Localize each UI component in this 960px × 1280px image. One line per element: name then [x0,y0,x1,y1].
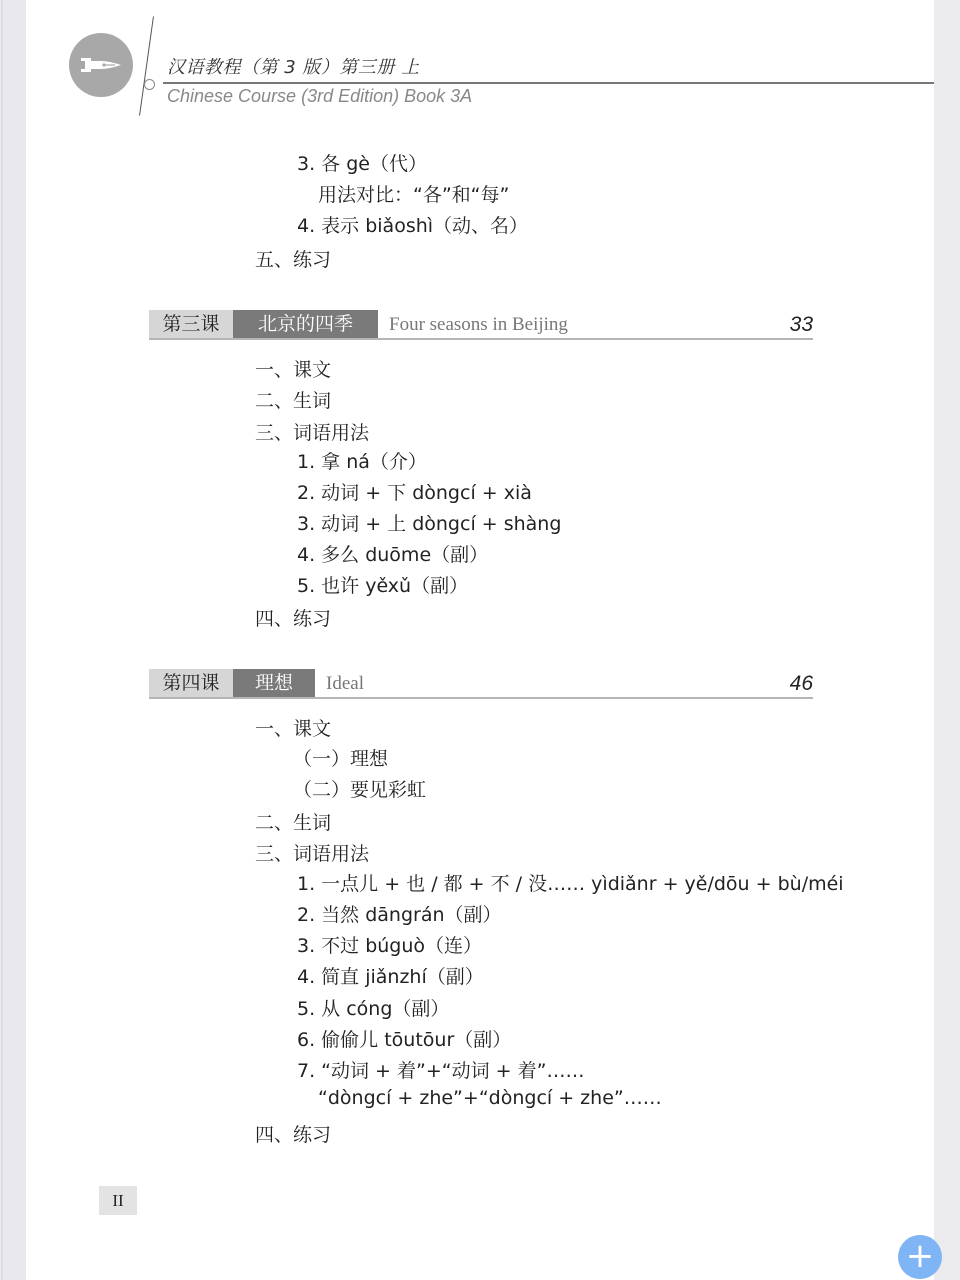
toc-entry[interactable]: 三、词语用法 [255,418,369,445]
lesson-title-chinese: 北京的四季 [233,310,378,338]
lesson-4-header[interactable]: 第四课 理想 Ideal 46 [149,669,813,699]
toc-entry[interactable]: 三、词语用法 [255,839,369,866]
lesson-title-english: Four seasons in Beijing [389,310,568,338]
add-button[interactable]: + [898,1235,942,1279]
header-rule [163,82,934,84]
toc-entry[interactable]: 二、生词 [255,386,331,413]
lesson-number: 第四课 [149,669,233,697]
toc-entry[interactable]: “dòngcí + zhe”+“dòngcí + zhe”…… [318,1087,662,1109]
toc-entry[interactable]: 一、课文 [255,714,331,741]
toc-entry[interactable]: 2. 动词 + 下 dòngcí + xià [297,478,532,505]
lesson-page-number: 46 [790,669,813,697]
toc-entry[interactable]: 二、生词 [255,808,331,835]
fountain-pen-nib-icon [69,33,133,97]
toc-entry[interactable]: 四、练习 [255,1120,331,1147]
toc-entry[interactable]: 1. 拿 ná（介） [297,447,427,474]
lesson-number: 第三课 [149,310,233,338]
toc-entry[interactable]: 7. “动词 + 着”+“动词 + 着”…… [297,1056,584,1083]
toc-entry[interactable]: 4. 简直 jiǎnzhí（副） [297,962,484,989]
toc-entry[interactable]: 四、练习 [255,604,331,631]
toc-entry[interactable]: 2. 当然 dāngrán（副） [297,900,502,927]
toc-entry[interactable]: 3. 动词 + 上 dòngcí + shàng [297,509,561,536]
plus-icon: + [906,1236,935,1276]
lesson-title-chinese: 理想 [233,669,315,697]
toc-entry[interactable]: 4. 多么 duōme（副） [297,540,488,567]
toc-entry[interactable]: 5. 从 cóng（副） [297,994,449,1021]
page-number: II [99,1186,137,1215]
toc-entry[interactable]: 一、课文 [255,355,331,382]
lesson-3-header[interactable]: 第三课 北京的四季 Four seasons in Beijing 33 [149,310,813,340]
toc-entry[interactable]: 6. 偷偷儿 tōutōur（副） [297,1025,511,1052]
toc-entry[interactable]: 1. 一点儿 + 也 / 都 + 不 / 没…… yìdiǎnr + yě/dō… [297,869,844,896]
toc-entry[interactable]: （一）理想 [293,744,388,771]
toc-entry[interactable]: （二）要见彩虹 [293,775,426,802]
lesson-title-english: Ideal [326,669,364,697]
toc-entry[interactable]: 用法对比：“各”和“每” [318,180,509,207]
left-gutter [0,0,26,1280]
toc-entry[interactable]: 3. 各 gè（代） [297,149,427,176]
right-gutter [934,0,960,1280]
book-title-english: Chinese Course (3rd Edition) Book 3A [167,86,472,107]
header-ring-ornament [144,79,155,90]
left-edge-line [1,0,3,1280]
toc-entry[interactable]: 3. 不过 búguò（连） [297,931,482,958]
toc-entry[interactable]: 4. 表示 biǎoshì（动、名） [297,211,528,238]
book-title-chinese: 汉语教程（第 3 版）第三册 上 [167,53,420,79]
toc-entry[interactable]: 五、练习 [255,245,331,272]
lesson-page-number: 33 [790,310,813,338]
toc-entry[interactable]: 5. 也许 yěxǔ（副） [297,571,468,598]
